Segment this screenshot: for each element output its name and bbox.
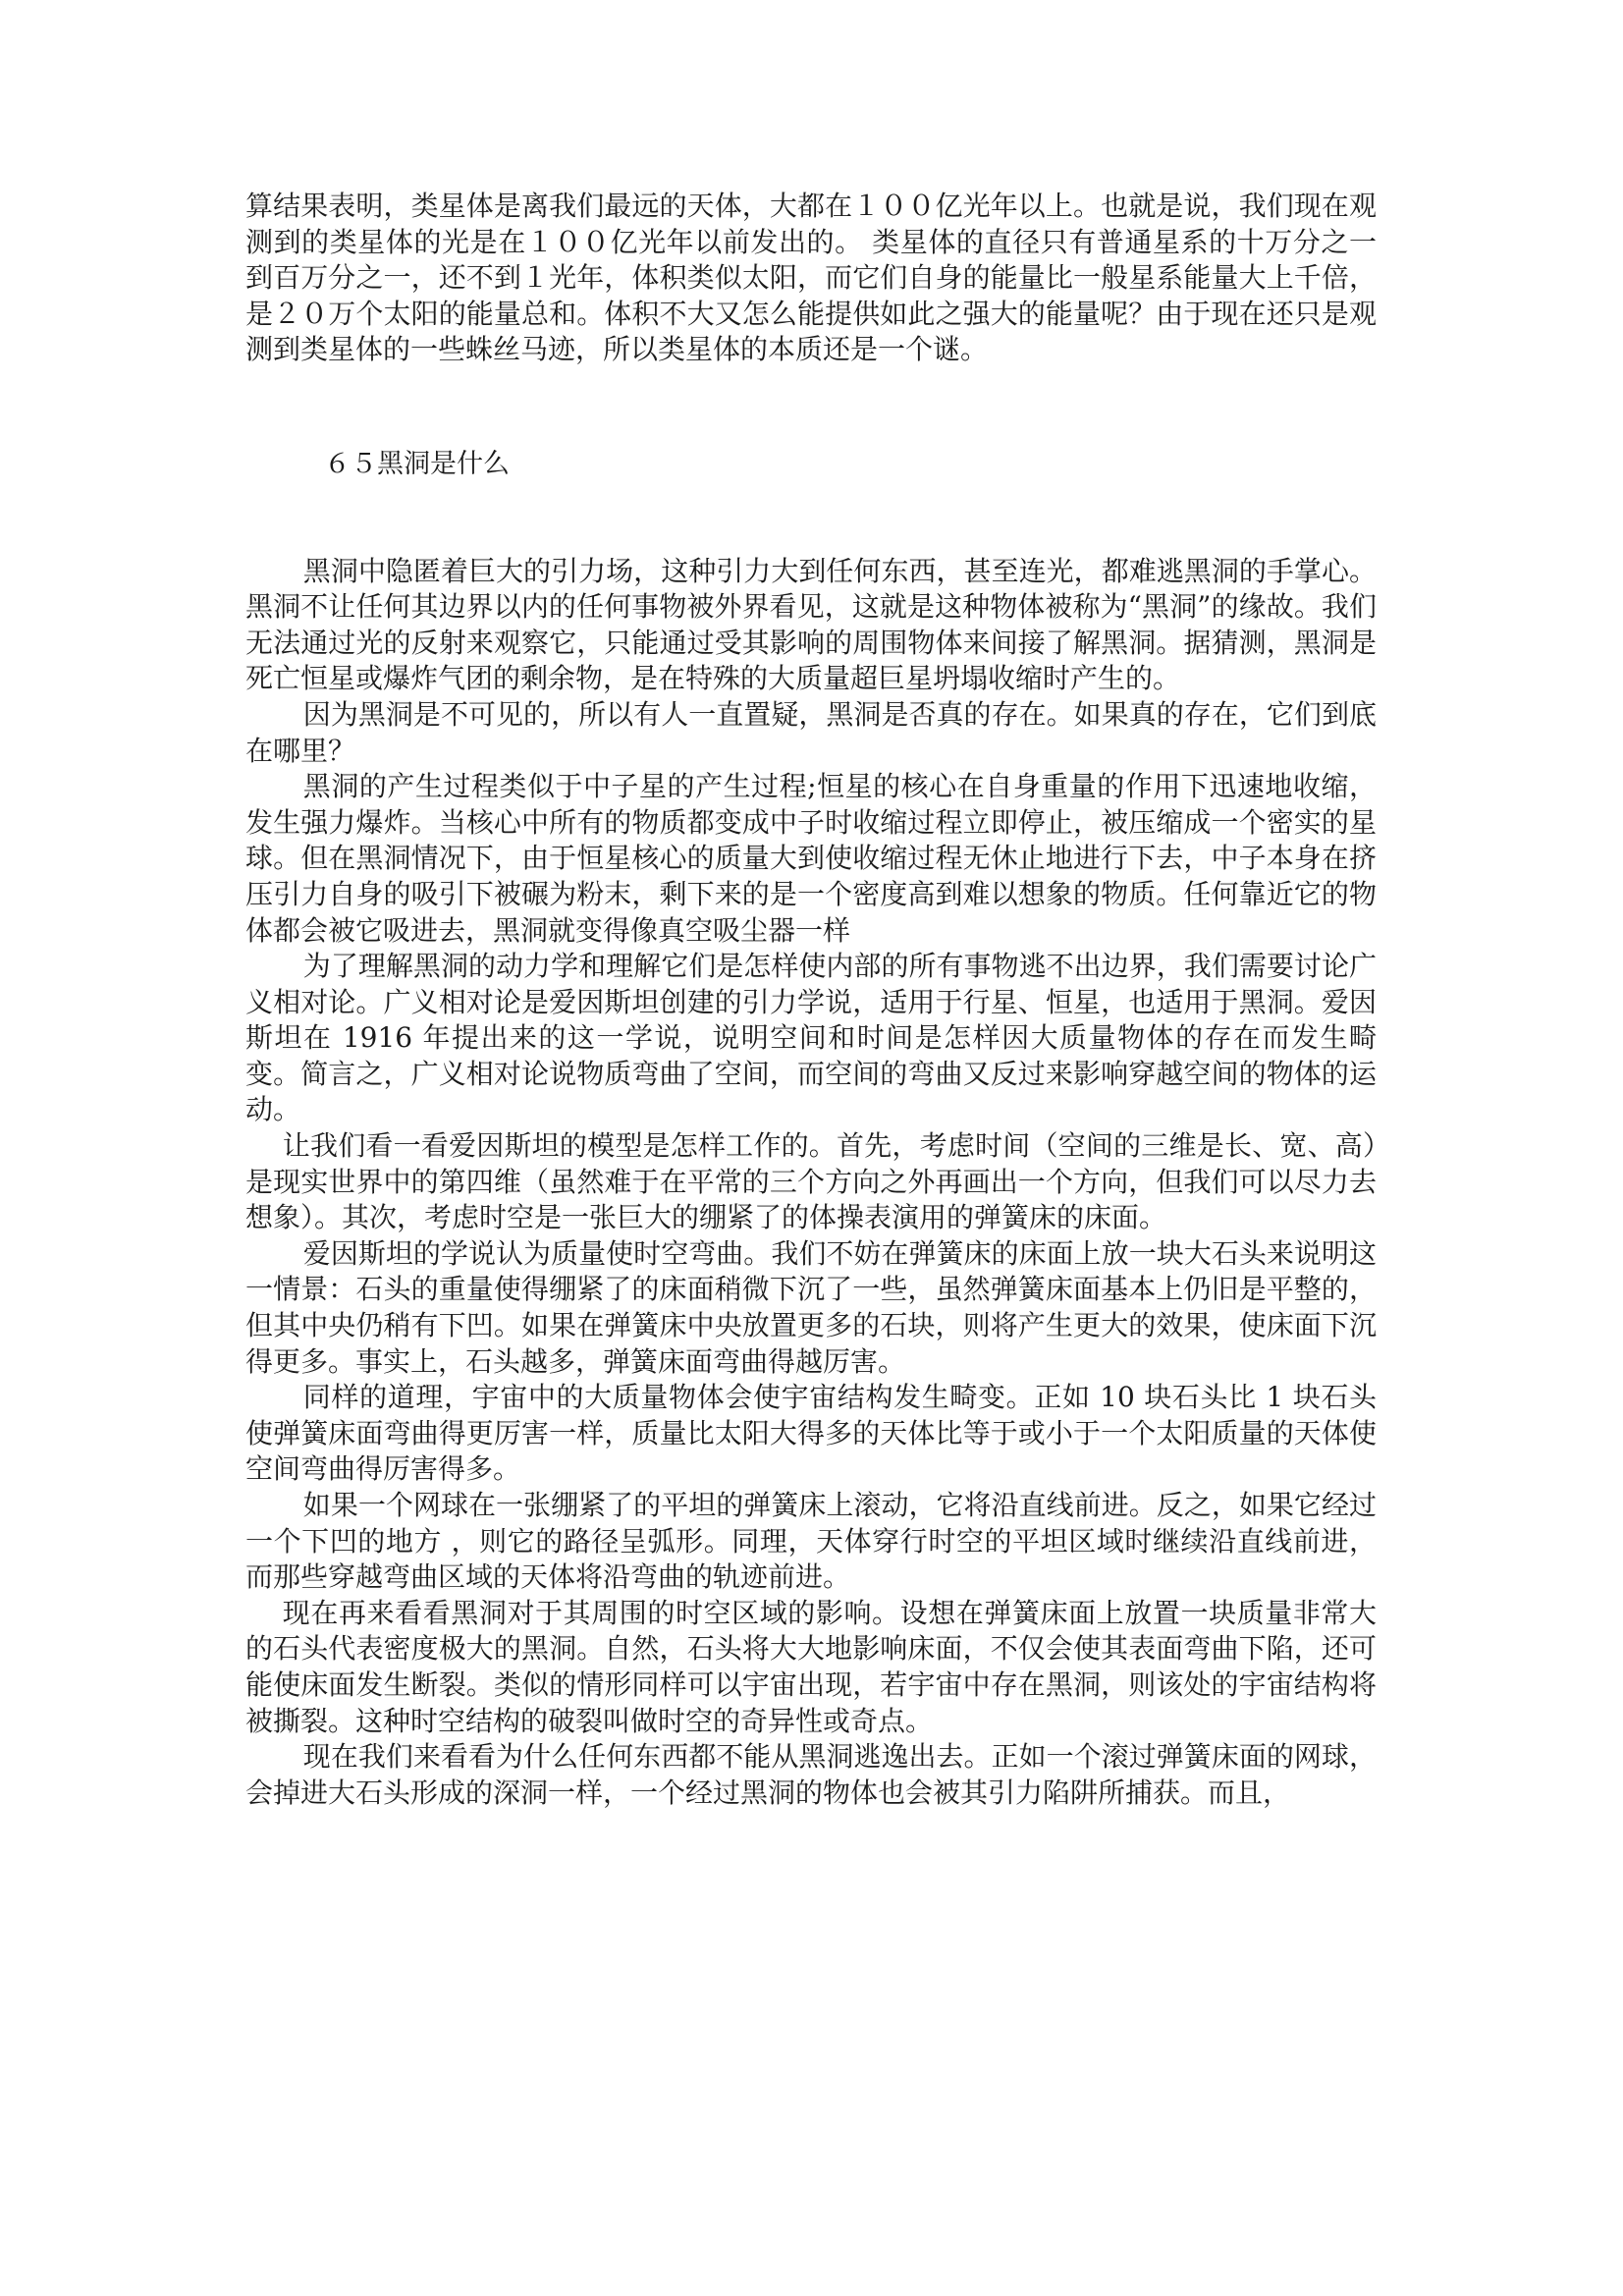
section-heading: ６５黑洞是什么 (245, 447, 1377, 483)
intro-paragraph: 算结果表明，类星体是离我们最远的天体，大都在１００亿光年以上。也就是说，我们现在… (245, 189, 1377, 368)
document-page: 算结果表明，类星体是离我们最远的天体，大都在１００亿光年以上。也就是说，我们现在… (245, 189, 1377, 1811)
paragraph: 因为黑洞是不可见的，所以有人一直置疑，黑洞是否真的存在。如果真的存在，它们到底在… (245, 697, 1377, 769)
paragraph: 现在再来看看黑洞对于其周围的时空区域的影响。设想在弹簧床面上放置一块质量非常大的… (245, 1596, 1377, 1739)
paragraph: 爱因斯坦的学说认为质量使时空弯曲。我们不妨在弹簧床的床面上放一块大石头来说明这一… (245, 1236, 1377, 1380)
paragraph: 同样的道理，宇宙中的大质量物体会使宇宙结构发生畸变。正如 10 块石头比 1 块… (245, 1380, 1377, 1488)
paragraph: 为了理解黑洞的动力学和理解它们是怎样使内部的所有事物逃不出边界，我们需要讨论广义… (245, 949, 1377, 1128)
paragraph: 黑洞的产生过程类似于中子星的产生过程;恒星的核心在自身重量的作用下迅速地收缩，发… (245, 769, 1377, 949)
paragraph: 现在我们来看看为什么任何东西都不能从黑洞逃逸出去。正如一个滚过弹簧床面的网球，会… (245, 1739, 1377, 1811)
paragraph: 黑洞中隐匿着巨大的引力场，这种引力大到任何东西，甚至连光，都难逃黑洞的手掌心。黑… (245, 554, 1377, 697)
paragraph: 让我们看一看爱因斯坦的模型是怎样工作的。首先，考虑时间（空间的三维是长、宽、高）… (245, 1128, 1377, 1236)
paragraph: 如果一个网球在一张绷紧了的平坦的弹簧床上滚动，它将沿直线前进。反之，如果它经过一… (245, 1488, 1377, 1596)
